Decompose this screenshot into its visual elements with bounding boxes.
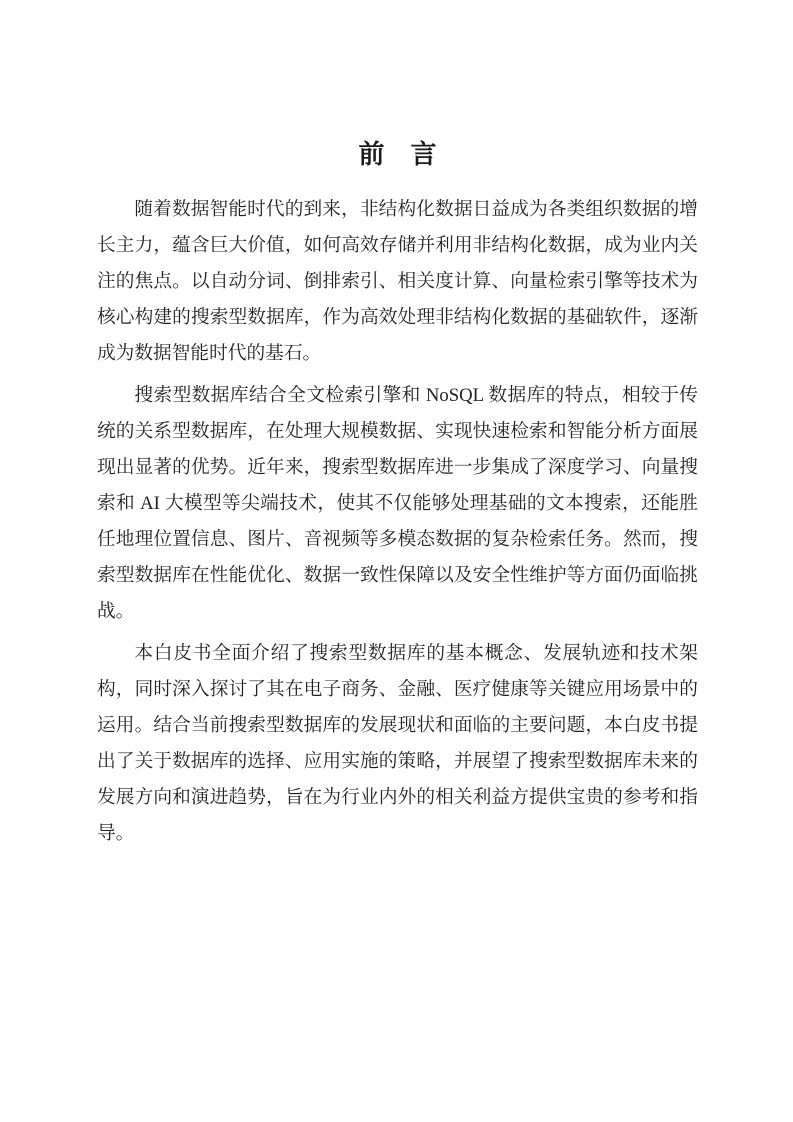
- body-text: 随着数据智能时代的到来，非结构化数据日益成为各类组织数据的增长主力，蕴含巨大价值…: [97, 192, 698, 852]
- paragraph-1: 随着数据智能时代的到来，非结构化数据日益成为各类组织数据的增长主力，蕴含巨大价值…: [97, 192, 698, 372]
- page-title: 前 言: [97, 140, 698, 170]
- paragraph-3: 本白皮书全面介绍了搜索型数据库的基本概念、发展轨迹和技术架构，同时深入探讨了其在…: [97, 636, 698, 852]
- page-content: 前 言 随着数据智能时代的到来，非结构化数据日益成为各类组织数据的增长主力，蕴含…: [97, 140, 698, 852]
- paragraph-2: 搜索型数据库结合全文检索引擎和 NoSQL 数据库的特点，相较于传统的关系型数据…: [97, 378, 698, 630]
- document-page: 前 言 随着数据智能时代的到来，非结构化数据日益成为各类组织数据的增长主力，蕴含…: [0, 0, 793, 1122]
